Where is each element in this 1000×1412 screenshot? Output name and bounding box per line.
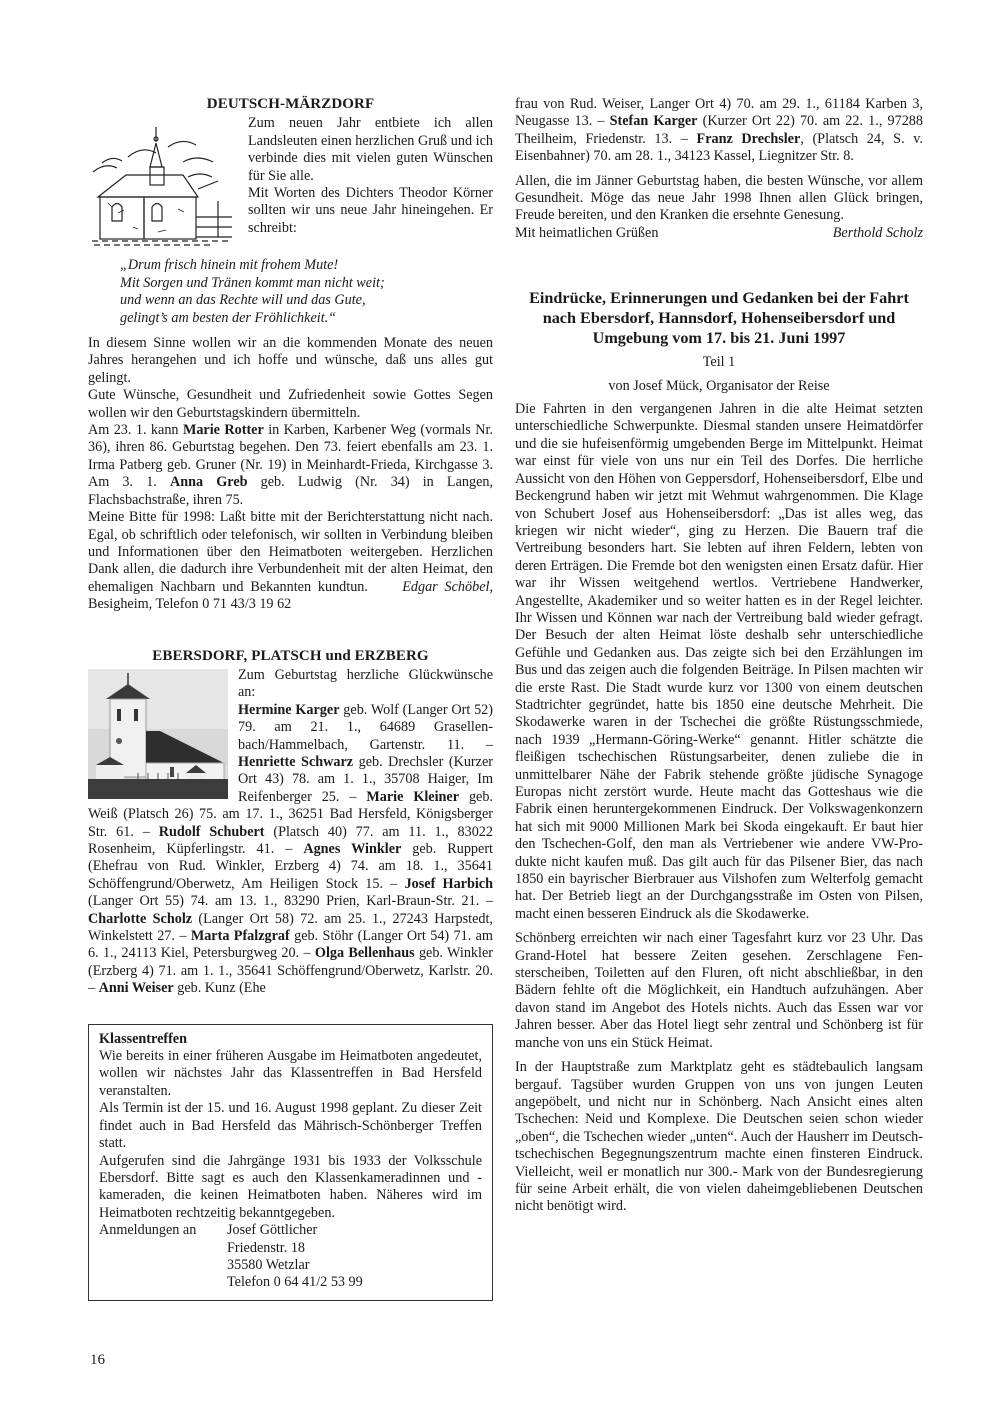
box-title: Klassentreffen xyxy=(99,1031,482,1048)
church-photo-image xyxy=(88,669,228,799)
person-name: Charlotte Scholz xyxy=(88,911,192,927)
paragraph-closing: Meine Bitte für 1998: Laßt bitte mit der… xyxy=(88,509,493,613)
signature-details: Besigheim, Telefon 0 71 43/3 19 62 xyxy=(88,596,291,612)
poem-line: gelingt’s am besten der Fröhlichkeit.“ xyxy=(120,310,493,327)
text: Am 23. 1. kann xyxy=(88,422,183,438)
poem-line: „Drum frisch hinein mit frohem Mute! xyxy=(120,257,493,274)
person-name: Henriette Schwarz xyxy=(238,754,353,770)
person-name: Marie Klei­ner xyxy=(366,789,459,805)
address-line: Josef Göttlicher xyxy=(227,1222,482,1239)
address-lines: Josef Göttlicher Friedenstr. 18 35580 We… xyxy=(227,1222,482,1292)
paragraph: Aufgerufen sind die Jahrgänge 1931 bis 1… xyxy=(99,1153,482,1223)
address-line: Telefon 0 64 41/2 53 99 xyxy=(227,1274,482,1291)
paragraph: Gute Wünsche, Gesundheit und Zufriedenhe… xyxy=(88,387,493,422)
church-photo-icon xyxy=(88,669,228,799)
paragraph: Wie bereits in einer früheren Ausgabe im… xyxy=(99,1048,482,1100)
paragraph: Als Termin ist der 15. und 16. August 19… xyxy=(99,1100,482,1152)
page-number: 16 xyxy=(90,1352,105,1369)
contact-label: Anmeldungen an xyxy=(99,1222,227,1292)
poem: „Drum frisch hinein mit frohem Mute! Mit… xyxy=(120,257,493,327)
article-title: Eindrücke, Erinnerungen und Gedanken bei… xyxy=(515,288,923,348)
klassentreffen-box: Klassentreffen Wie bereits in einer früh… xyxy=(88,1024,493,1301)
person-name: Rudolf Schubert xyxy=(159,824,265,840)
address-line: 35580 Wetzlar xyxy=(227,1257,482,1274)
person-name: Hermine Karger xyxy=(238,702,340,718)
article-part: Teil 1 xyxy=(515,354,923,371)
paragraph-birthdays: Am 23. 1. kann Marie Rotter in Karben, K… xyxy=(88,422,493,509)
poem-line: und wenn an das Rechte will und das Gute… xyxy=(120,292,493,309)
person-name: Marie Rotter xyxy=(183,422,264,438)
person-name: Marta Pfalzgraf xyxy=(191,928,290,944)
signature-name: Edgar Schöbel, xyxy=(402,579,493,595)
person-name: Anni Weiser xyxy=(99,980,174,996)
contact-address: Anmeldungen an Josef Göttlicher Friedens… xyxy=(99,1222,482,1292)
birthday-continuation: frau von Rud. Weiser, Langer Ort 4) 70. … xyxy=(515,96,923,166)
person-name: Olga Bellenhaus xyxy=(315,945,415,961)
paragraph: Die Fahrten in den vergangenen Jahren in… xyxy=(515,401,923,923)
paragraph: In der Hauptstraße zum Marktplatz geht e… xyxy=(515,1059,923,1216)
person-name: Stefan Karger xyxy=(610,113,698,129)
poem-line: Mit Sorgen und Tränen kommt man nicht we… xyxy=(120,275,493,292)
signature: Berthold Scholz xyxy=(833,225,923,242)
greeting-line: Mit heimatlichen Grüßen Berthold Scholz xyxy=(515,225,923,242)
section-title: DEUTSCH-MÄRZDORF xyxy=(88,96,493,113)
church-sketch-icon xyxy=(88,117,238,249)
entry-text: geb. Kunz (Ehe­ xyxy=(174,980,266,996)
article-byline: von Josef Mück, Organisator der Reise xyxy=(515,378,923,395)
closing-paragraph: Allen, die im Jänner Geburtstag haben, d… xyxy=(515,173,923,225)
entry-text: (Langer Ort 55) 74. am 13. 1., 83290 Pri… xyxy=(88,893,493,909)
section-title: EBERSDORF, PLATSCH und ERZBERG xyxy=(88,648,493,665)
person-name: Josef Harbich xyxy=(405,876,493,892)
right-column: frau von Rud. Weiser, Langer Ort 4) 70. … xyxy=(515,96,923,1216)
travel-article: Eindrücke, Erinnerungen und Gedanken bei… xyxy=(515,288,923,1216)
address-line: Friedenstr. 18 xyxy=(227,1240,482,1257)
church-sketch-image xyxy=(88,117,238,249)
person-name: Agnes Winkler xyxy=(303,841,401,857)
left-column: DEUTSCH-MÄRZDORF xyxy=(88,96,493,1301)
section-deutsch-maerzdorf: DEUTSCH-MÄRZDORF xyxy=(88,96,493,614)
paragraph: In diesem Sinne wollen wir an die kommen… xyxy=(88,335,493,387)
paragraph: Schönberg erreichten wir nach einer Tage… xyxy=(515,930,923,1052)
greeting: Mit heimatlichen Grüßen xyxy=(515,225,658,242)
person-name: Anna Greb xyxy=(170,474,248,490)
person-name: Franz Drechsler xyxy=(697,131,801,147)
section-ebersdorf: EBERSDORF, PLATSCH und ERZBERG xyxy=(88,648,493,998)
